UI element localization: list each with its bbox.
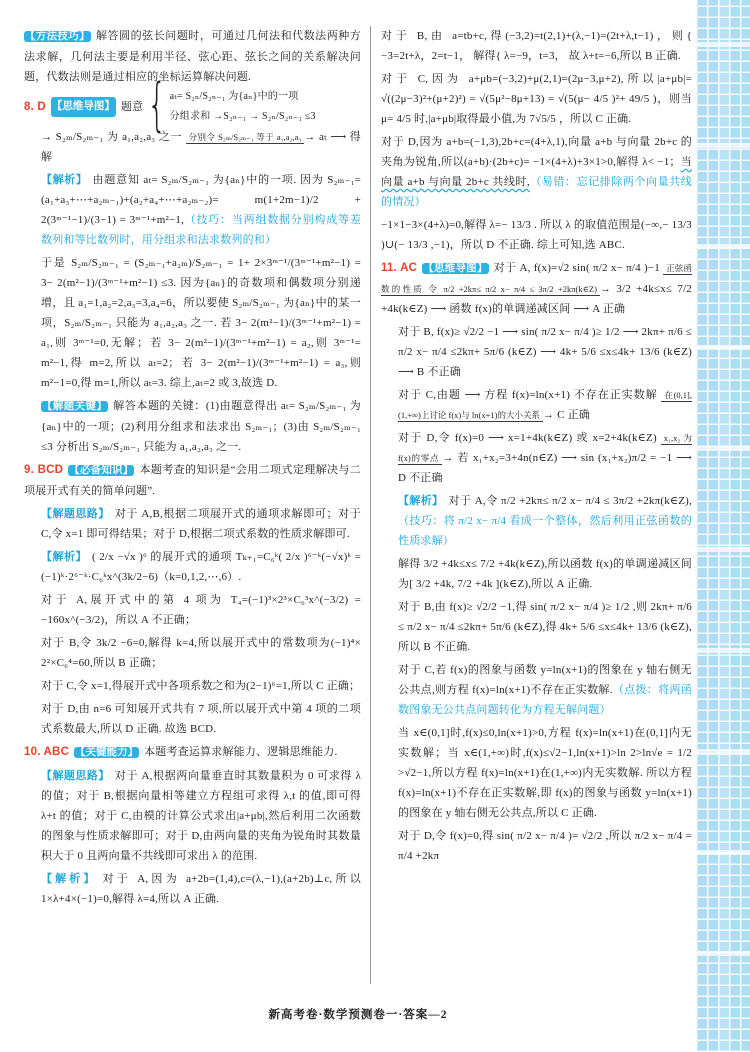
section-label: 【解析】 [398,495,448,507]
text-run: 于是 S₂ₘ/S₂ₘ₋₁ = (S₂ₘ₋₁+a₂ₘ)/S₂ₘ₋₁ = 1+ 2×… [41,257,364,389]
diagram-lead: 题意 [121,97,143,117]
q10-option-c: 对于 C,因为 a+μb=(−3,2)+μ(2,1)=(2μ−3,μ+2),所以… [381,69,692,129]
q8-analysis-2: 于是 S₂ₘ/S₂ₘ₋₁ = (S₂ₘ₋₁+a₂ₘ)/S₂ₘ₋₁ = 1+ 2×… [24,253,361,393]
text-run: 对于 C,由题 ⟶ 方程 f(x)=ln(x+1) 不存在正实数解 [398,389,661,401]
diagram-line: 分组求和 →S₂ₙ₋₁ → S₂ₙ/S₂ₙ₋₁ ≤3 [170,110,316,124]
q9-idea: 【解题思路】对于 A,B,根据二项展开式的通项求解即可；对于 C,令 x=1 即… [24,504,361,544]
text-run: 对于 A,根据两向量垂直时其数量积为 0 可求得 λ 的值；对于 B,根据向量相… [41,770,364,862]
text-run: 解得 3/2 +4k≤x≤ 7/2 +4k(k∈Z),所以函数 f(x)的单调递… [398,558,692,590]
section-label: 【解析】 [41,174,93,186]
q11-map-c: 对于 C,由题 ⟶ 方程 f(x)=ln(x+1) 不存在正实数解 在(0,1]… [381,385,692,425]
q9-option-d: 对于 D,由 n=6 可知展开式共有 7 项,所以展开式中第 4 项的二项式系数… [24,699,361,739]
column-right: 对于 B,由 a=tb+c,得(−3,2)=t(2,1)+(λ,−1)=(2t+… [370,26,692,984]
text-run: 本题考查运算求解能力、逻辑思维能力. [144,746,337,758]
text-run: 对于 A, f(x)=√2 sin( π/2 x− π/4 )−1 [494,262,664,274]
section-label: 【解题思路】 [41,508,115,520]
diagram-stack: aₜ= S₂ₙ/S₂ₙ₋₁ 为{aₙ}中的一项分组求和 →S₂ₙ₋₁ → S₂ₙ… [170,90,316,124]
question-number: 11. AC [381,262,422,274]
q10-option-d-2: −1×1−3×(4+λ)=0,解得 λ=− 13/3 . 所以 λ 的取值范围是… [381,215,692,255]
section-label: 【方法技巧】 [24,31,91,42]
section-label: 【解析】 [41,551,92,563]
question-number: 10. ABC [24,746,74,758]
q8-analysis: 【解析】由题意知 aₜ= S₂ₘ/S₂ₘ₋₁ 为{aₙ}中的一项. 因为 S₂ₘ… [24,170,361,250]
text-run: → 若 x₁+x₂=3+4n(n∈Z) ⟶ sin (x₁+x₂)π/2 = −… [398,452,692,484]
q10-option-b: 对于 B,由 a=tb+c,得(−3,2)=t(2,1)+(λ,−1)=(2t+… [381,26,692,66]
decorative-plaid-strip [696,0,750,1052]
q11-map-b: 对于 B, f(x)≥ √2/2 −1 ⟶ sin( π/2 x− π/4 )≥… [381,322,692,382]
text-run: 对于 C,令 x=1,得展开式中各项系数之和为(2−1)⁶=1,所以 C 正确； [41,680,360,692]
text-run: 对于 B, f(x)≥ √2/2 −1 ⟶ sin( π/2 x− π/4 )≥… [398,326,692,378]
question-number: 8. D [24,97,51,117]
q9-option-c: 对于 C,令 x=1,得展开式中各项系数之和为(2−1)⁶=1,所以 C 正确； [24,676,361,696]
question-number: 9. BCD [24,464,68,476]
text-run: 对于 D,由 n=6 可知展开式共有 7 项,所以展开式中第 4 项的二项式系数… [41,703,361,735]
q11-analysis-c2: 当 x∈(0,1]时,f(x)≤0,ln(x+1)>0,方程 f(x)=ln(x… [381,723,692,823]
q11-analysis-d: 对于 D,令 f(x)=0,得 sin( π/2 x− π/4 )= √2/2 … [381,826,692,866]
text-run: 对于 D,令 f(x)=0,得 sin( π/2 x− π/4 )= √2/2 … [398,830,692,862]
text-run: 对于 D,令 f(x)=0 ⟶ x=1+4k(k∈Z) 或 x=2+4k(k∈Z… [398,432,661,444]
q11-map-d: 对于 D,令 f(x)=0 ⟶ x=1+4k(k∈Z) 或 x=2+4k(k∈Z… [381,428,692,488]
text-run: → C 正确 [543,409,590,421]
section-label: 【解题思路】 [41,770,115,782]
q8-key: 【解题关键】解答本题的关键：(1)由题意得出 aₜ= S₂ₘ/S₂ₘ₋₁ 为{a… [24,396,361,457]
q10-head: 10. ABC【关键能力】本题考查运算求解能力、逻辑思维能力. [24,742,361,763]
q11-analysis-a: 【解析】对于 A,令 π/2 +2kπ≤ π/2 x− π/4 ≤ 3π/2 +… [381,491,692,551]
brace-glyph: { [147,79,166,136]
answer-page: 【方法技巧】解答圆的弦长问题时，可通过几何法和代数法两种方法求解，几何法主要是利… [0,0,750,1052]
text-run: 对于 B,由 f(x)≥ √2/2 −1,得 sin( π/2 x− π/4 )… [398,601,692,653]
q11-head-mindmap: 11. AC【思维导图】对于 A, f(x)=√2 sin( π/2 x− π/… [381,258,692,319]
q9-option-b: 对于 B,令 3k/2 −6=0,解得 k=4,所以展开式中的常数项为(−1)⁴… [24,633,361,673]
section-label: 【思维导图】 [51,97,116,117]
q11-analysis-c: 对于 C,若 f(x)的图象与函数 y=ln(x+1)的图象在 y 轴右侧无公共… [381,660,692,720]
text-run: 当 x∈(0,1]时,f(x)≤0,ln(x+1)>0,方程 f(x)=ln(x… [398,727,692,819]
section-label: 【必备知识】 [68,465,134,476]
arrow-annotation: 分别令 S₂ₘ/S₂ₘ₋₁ 等于 a₁,a₂,a₃ [186,132,305,144]
text-run: 对于 B,令 3k/2 −6=0,解得 k=4,所以展开式中的常数项为(−1)⁴… [41,637,364,669]
section-label: 【解题关键】 [41,401,108,412]
q10-idea: 【解题思路】对于 A,根据两向量垂直时其数量积为 0 可求得 λ 的值；对于 B… [24,766,361,866]
diagram-line: aₜ= S₂ₙ/S₂ₙ₋₁ 为{aₙ}中的一项 [170,90,316,104]
text-run: 对于 C,因为 a+μb=(−3,2)+μ(2,1)=(2μ−3,μ+2),所以… [381,73,692,125]
text-run: 对于 A,展开式中的第 4 项为 T₄=(−1)³×2³×C₆³x^(−3/2)… [41,594,364,626]
tip-note: （技巧：将 π/2 x− π/4 看成一个整体，然后利用正弦函数的性质求解） [398,515,692,547]
page-content: 【方法技巧】解答圆的弦长问题时，可通过几何法和代数法两种方法求解，几何法主要是利… [24,26,692,984]
q10-option-d: 对于 D,因为 a+b=(−1,3),2b+c=(4+λ,1),向量 a+b 与… [381,132,692,212]
method-tip-paragraph: 【方法技巧】解答圆的弦长问题时，可通过几何法和代数法两种方法求解，几何法主要是利… [24,26,361,87]
q8-mindmap-tail: → S₂ₘ/S₂ₘ₋₁ 为 a₁,a₂,a₃ 之一 分别令 S₂ₘ/S₂ₘ₋₁ … [24,127,361,167]
text-run: −1×1−3×(4+λ)=0,解得 λ=− 13/3 . 所以 λ 的取值范围是… [381,219,692,251]
q9-analysis: 【解析】( 2/x −√x )⁶ 的展开式的通项 Tₖ₊₁=C₆ᵏ( 2/x )… [24,547,361,587]
q11-analysis-a2: 解得 3/2 +4k≤x≤ 7/2 +4k(k∈Z),所以函数 f(x)的单调递… [381,554,692,594]
text-run: 对于 A,令 π/2 +2kπ≤ π/2 x− π/4 ≤ 3π/2 +2kπ(… [448,495,692,507]
text-run: 对于 B,由 a=tb+c,得(−3,2)=t(2,1)+(λ,−1)=(2t+… [381,30,692,62]
section-label: 【关键能力】 [74,747,139,758]
q11-analysis-b: 对于 B,由 f(x)≥ √2/2 −1,得 sin( π/2 x− π/4 )… [381,597,692,657]
section-label: 【解析】 [41,873,102,885]
q8-mindmap: 8. D【思维导图】题意{aₜ= S₂ₙ/S₂ₙ₋₁ 为{aₙ}中的一项分组求和… [24,90,361,124]
q9-head: 9. BCD【必备知识】本题考查的知识是“会用二项式定理解决与二项展开式有关的简… [24,460,361,501]
section-label: 【思维导图】 [422,263,488,274]
page-footer: 新高考卷·数学预测卷一·答案—2 [24,1006,692,1022]
text-run: 对于 D,因为 a+b=(−1,3),2b+c=(4+λ,1),向量 a+b 与… [381,136,692,168]
q10-analysis: 【解析】对于 A,因为 a+2b=(1,4),c=(λ,−1),(a+2b)⊥c… [24,869,361,909]
column-left: 【方法技巧】解答圆的弦长问题时，可通过几何法和代数法两种方法求解，几何法主要是利… [24,26,370,984]
q9-option-a: 对于 A,展开式中的第 4 项为 T₄=(−1)³×2³×C₆³x^(−3/2)… [24,590,361,630]
